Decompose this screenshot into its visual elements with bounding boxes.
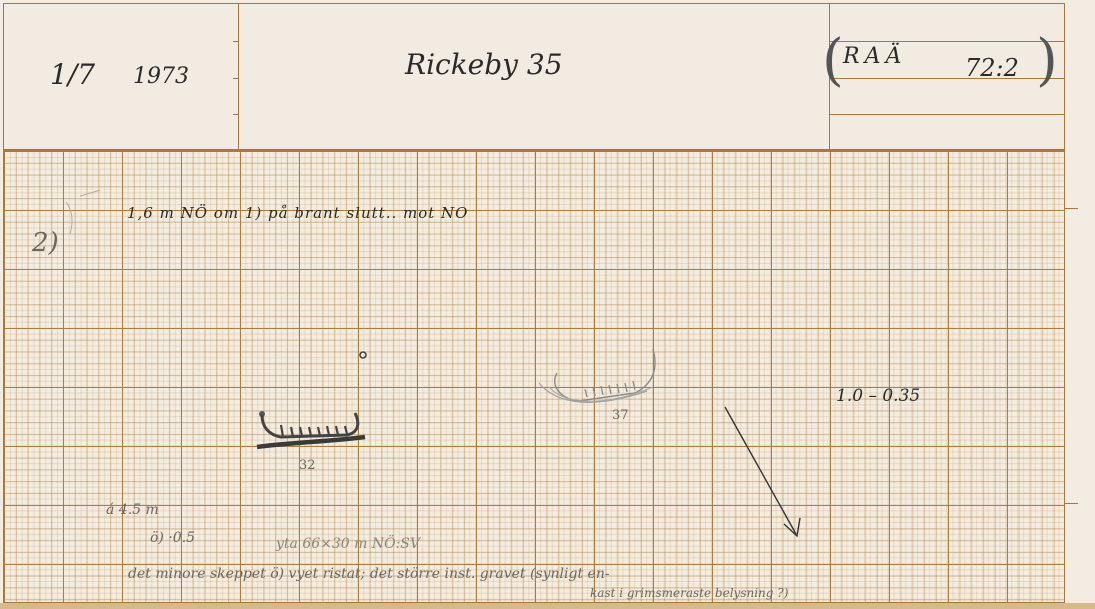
close-paren: ) bbox=[1036, 28, 1058, 93]
header-rule bbox=[830, 41, 1064, 42]
header-rule bbox=[830, 114, 1064, 115]
registry-prefix: RAÄ bbox=[843, 44, 906, 69]
header-rule bbox=[830, 78, 1064, 79]
faint-scribble-icon bbox=[60, 190, 140, 250]
ship-carving-32-icon bbox=[255, 405, 370, 455]
site-name: Rickeby 35 bbox=[405, 48, 563, 81]
area-text: yta 66×30 m NÖ:SV bbox=[276, 536, 420, 552]
date-text: 1/7 bbox=[50, 58, 95, 91]
comment-line-1: det minore skeppet ö) vyet ristat; det s… bbox=[128, 566, 610, 582]
item-label: 2) bbox=[32, 228, 59, 258]
header-date-box bbox=[3, 3, 239, 150]
north-arrow-icon bbox=[718, 402, 808, 542]
margin-tick bbox=[1065, 208, 1078, 209]
registry-number: 72:2 bbox=[965, 54, 1019, 82]
cupmark-dot-icon bbox=[358, 350, 368, 360]
card-bottom-edge bbox=[0, 603, 1095, 609]
record-card: 1/7 1973 Rickeby 35 ( RAÄ 72:2 ) 2) 1,6 … bbox=[0, 0, 1095, 604]
header-registry-box bbox=[829, 3, 1065, 150]
distance-b: ö) ·0.5 bbox=[150, 530, 195, 546]
distance-a: á 4.5 m bbox=[106, 502, 159, 518]
comment-line-2: kast i grimsmeraste belysning ?) bbox=[590, 586, 788, 600]
open-paren: ( bbox=[822, 28, 844, 93]
location-note: 1,6 m NÖ om 1) på brant slutt.. mot NO bbox=[127, 204, 468, 222]
year-text: 1973 bbox=[133, 64, 189, 89]
measurement-text: 1.0 – 0.35 bbox=[836, 386, 920, 406]
ship-carving-37-icon bbox=[535, 345, 665, 415]
figure-label-32: 32 bbox=[299, 458, 316, 473]
figure-label-37: 37 bbox=[612, 408, 629, 423]
margin-tick bbox=[1065, 503, 1078, 504]
